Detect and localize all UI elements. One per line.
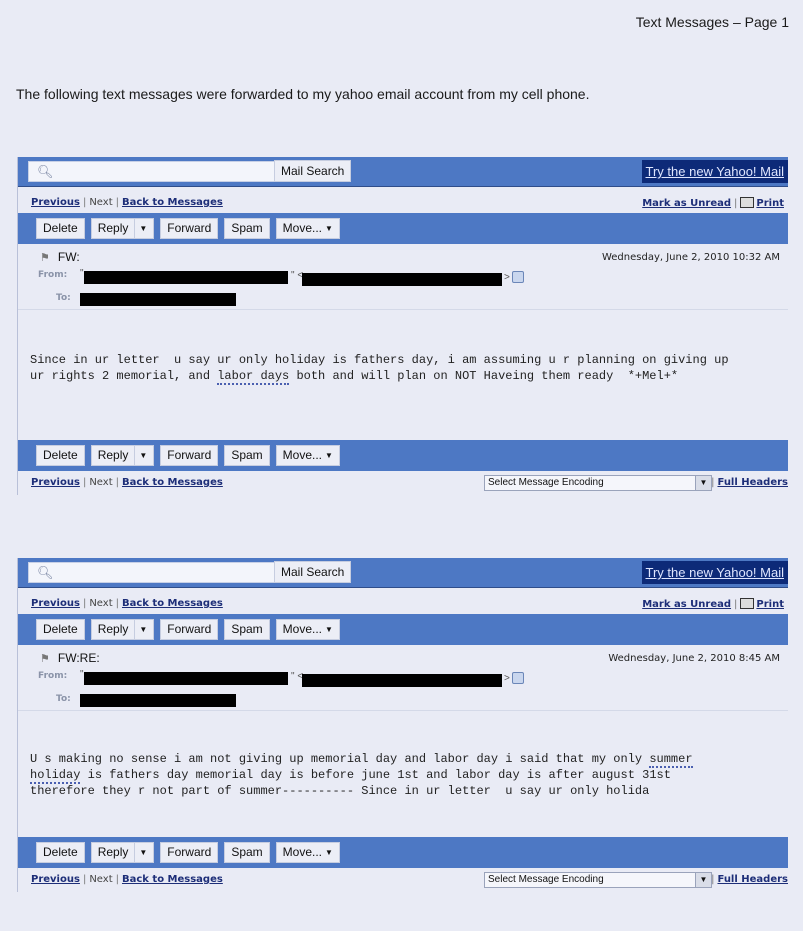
print-link[interactable]: Print — [756, 599, 784, 610]
next-link[interactable]: Next — [89, 197, 112, 208]
chevron-down-icon: ▼ — [325, 843, 333, 862]
message-header: ⚑FW:RE: Wednesday, June 2, 2010 8:45 AM … — [18, 645, 788, 711]
forward-label: Forward — [167, 446, 211, 465]
forward-label: Forward — [167, 843, 211, 862]
full-headers-link[interactable]: Full Headers — [717, 874, 788, 885]
body-line: ur rights 2 memorial, and labor days bot… — [30, 368, 776, 384]
spam-label: Spam — [231, 620, 262, 639]
mail-view-2: 🔍︎ Mail Search Try the new Yahoo! Mail P… — [17, 558, 788, 892]
move-label: Move... — [283, 620, 322, 639]
from-label: From: — [38, 671, 67, 681]
footer-row: Previous|Next|Back to Messages Select Me… — [18, 868, 788, 892]
forward-label: Forward — [167, 219, 211, 238]
previous-link[interactable]: Previous — [31, 874, 80, 885]
chevron-down-icon[interactable]: ▼ — [134, 446, 147, 465]
forward-button[interactable]: Forward — [160, 842, 218, 863]
message-date: Wednesday, June 2, 2010 8:45 AM — [608, 653, 780, 664]
delete-button[interactable]: Delete — [36, 218, 85, 239]
reply-button[interactable]: Reply▼ — [91, 218, 155, 239]
next-link[interactable]: Next — [89, 477, 112, 488]
spam-button[interactable]: Spam — [224, 842, 269, 863]
redacted-sender-email — [302, 273, 502, 286]
previous-link[interactable]: Previous — [31, 477, 80, 488]
nav-row: Previous|Next|Back to Messages Mark as U… — [18, 588, 788, 614]
move-button[interactable]: Move...▼ — [276, 218, 340, 239]
back-to-messages-link[interactable]: Back to Messages — [122, 598, 223, 609]
move-label: Move... — [283, 219, 322, 238]
subject: FW: — [58, 250, 80, 264]
delete-label: Delete — [43, 219, 78, 238]
mail-view-1: 🔍︎ Mail Search Try the new Yahoo! Mail P… — [17, 157, 788, 495]
message-body: U s making no sense i am not giving up m… — [18, 711, 788, 837]
chevron-down-icon[interactable]: ▼ — [134, 219, 147, 238]
search-bar: 🔍︎ Mail Search Try the new Yahoo! Mail — [18, 558, 788, 588]
search-input[interactable]: 🔍︎ — [28, 562, 278, 583]
message-encoding-select[interactable]: Select Message Encoding▼ — [484, 475, 712, 491]
body-line: therefore they r not part of summer-----… — [30, 783, 776, 799]
full-headers-link[interactable]: Full Headers — [717, 477, 788, 488]
search-input[interactable]: 🔍︎ — [28, 161, 278, 182]
subject: FW:RE: — [58, 651, 100, 665]
chevron-down-icon[interactable]: ▼ — [134, 620, 147, 639]
spam-button[interactable]: Spam — [224, 218, 269, 239]
reply-label: Reply — [98, 843, 129, 862]
delete-button[interactable]: Delete — [36, 445, 85, 466]
move-button[interactable]: Move...▼ — [276, 445, 340, 466]
search-bar: 🔍︎ Mail Search Try the new Yahoo! Mail — [18, 157, 788, 187]
body-line: U s making no sense i am not giving up m… — [30, 751, 776, 767]
printer-icon — [740, 598, 754, 609]
intro-text: The following text messages were forward… — [16, 86, 590, 102]
chevron-down-icon: ▼ — [325, 620, 333, 639]
redacted-recipient — [80, 293, 236, 306]
to-label: To: — [56, 293, 71, 303]
back-to-messages-link[interactable]: Back to Messages — [122, 197, 223, 208]
encoding-value: Select Message Encoding — [488, 477, 604, 488]
spam-label: Spam — [231, 843, 262, 862]
reply-button[interactable]: Reply▼ — [91, 619, 155, 640]
try-new-yahoo-mail-link[interactable]: Try the new Yahoo! Mail — [642, 160, 789, 183]
encoding-value: Select Message Encoding — [488, 874, 604, 885]
forward-button[interactable]: Forward — [160, 619, 218, 640]
printer-icon — [740, 197, 754, 208]
mail-search-button[interactable]: Mail Search — [274, 561, 351, 583]
delete-button[interactable]: Delete — [36, 842, 85, 863]
toolbar-top: Delete Reply▼ Forward Spam Move...▼ — [18, 213, 788, 244]
reply-button[interactable]: Reply▼ — [91, 445, 155, 466]
magnifier-icon: 🔍︎ — [37, 565, 54, 581]
chevron-down-icon: ▼ — [325, 219, 333, 238]
message-date: Wednesday, June 2, 2010 10:32 AM — [602, 252, 780, 263]
delete-label: Delete — [43, 843, 78, 862]
add-contact-icon[interactable] — [512, 271, 524, 283]
move-button[interactable]: Move...▼ — [276, 619, 340, 640]
flag-icon[interactable]: ⚑ — [40, 251, 50, 264]
next-link[interactable]: Next — [89, 598, 112, 609]
forward-button[interactable]: Forward — [160, 218, 218, 239]
spam-label: Spam — [231, 446, 262, 465]
spam-button[interactable]: Spam — [224, 619, 269, 640]
message-encoding-select[interactable]: Select Message Encoding▼ — [484, 872, 712, 888]
chevron-down-icon: ▼ — [325, 446, 333, 465]
to-label: To: — [56, 694, 71, 704]
reply-label: Reply — [98, 219, 129, 238]
move-label: Move... — [283, 843, 322, 862]
nav-row: Previous|Next|Back to Messages Mark as U… — [18, 187, 788, 213]
page-header: Text Messages – Page 1 — [636, 14, 789, 30]
delete-label: Delete — [43, 446, 78, 465]
body-line: Since in ur letter u say ur only holiday… — [30, 352, 776, 368]
redacted-sender-email — [302, 674, 502, 687]
reply-label: Reply — [98, 620, 129, 639]
previous-link[interactable]: Previous — [31, 598, 80, 609]
mark-unread-link[interactable]: Mark as Unread — [642, 599, 731, 610]
mail-search-button[interactable]: Mail Search — [274, 160, 351, 182]
back-to-messages-link[interactable]: Back to Messages — [122, 477, 223, 488]
footer-row: Previous|Next|Back to Messages Select Me… — [18, 471, 788, 495]
mark-unread-link[interactable]: Mark as Unread — [642, 198, 731, 209]
add-contact-icon[interactable] — [512, 672, 524, 684]
from-label: From: — [38, 270, 67, 280]
forward-label: Forward — [167, 620, 211, 639]
redacted-sender-name — [84, 672, 288, 685]
chevron-down-icon[interactable]: ▼ — [134, 843, 147, 862]
forward-button[interactable]: Forward — [160, 445, 218, 466]
message-header: ⚑FW: Wednesday, June 2, 2010 10:32 AM Fr… — [18, 244, 788, 310]
previous-link[interactable]: Previous — [31, 197, 80, 208]
delete-label: Delete — [43, 620, 78, 639]
redacted-recipient — [80, 694, 236, 707]
toolbar-bottom: Delete Reply▼ Forward Spam Move...▼ — [18, 440, 788, 471]
toolbar-bottom: Delete Reply▼ Forward Spam Move...▼ — [18, 837, 788, 868]
delete-button[interactable]: Delete — [36, 619, 85, 640]
back-to-messages-link[interactable]: Back to Messages — [122, 874, 223, 885]
next-link[interactable]: Next — [89, 874, 112, 885]
magnifier-icon: 🔍︎ — [37, 164, 54, 180]
flag-icon[interactable]: ⚑ — [40, 652, 50, 665]
toolbar-top: Delete Reply▼ Forward Spam Move...▼ — [18, 614, 788, 645]
redacted-sender-name — [84, 271, 288, 284]
move-label: Move... — [283, 446, 322, 465]
move-button[interactable]: Move...▼ — [276, 842, 340, 863]
reply-button[interactable]: Reply▼ — [91, 842, 155, 863]
try-new-yahoo-mail-link[interactable]: Try the new Yahoo! Mail — [642, 561, 789, 584]
spam-label: Spam — [231, 219, 262, 238]
message-body: Since in ur letter u say ur only holiday… — [18, 310, 788, 440]
body-line: holiday is fathers day memorial day is b… — [30, 767, 776, 783]
print-link[interactable]: Print — [756, 198, 784, 209]
reply-label: Reply — [98, 446, 129, 465]
spam-button[interactable]: Spam — [224, 445, 269, 466]
